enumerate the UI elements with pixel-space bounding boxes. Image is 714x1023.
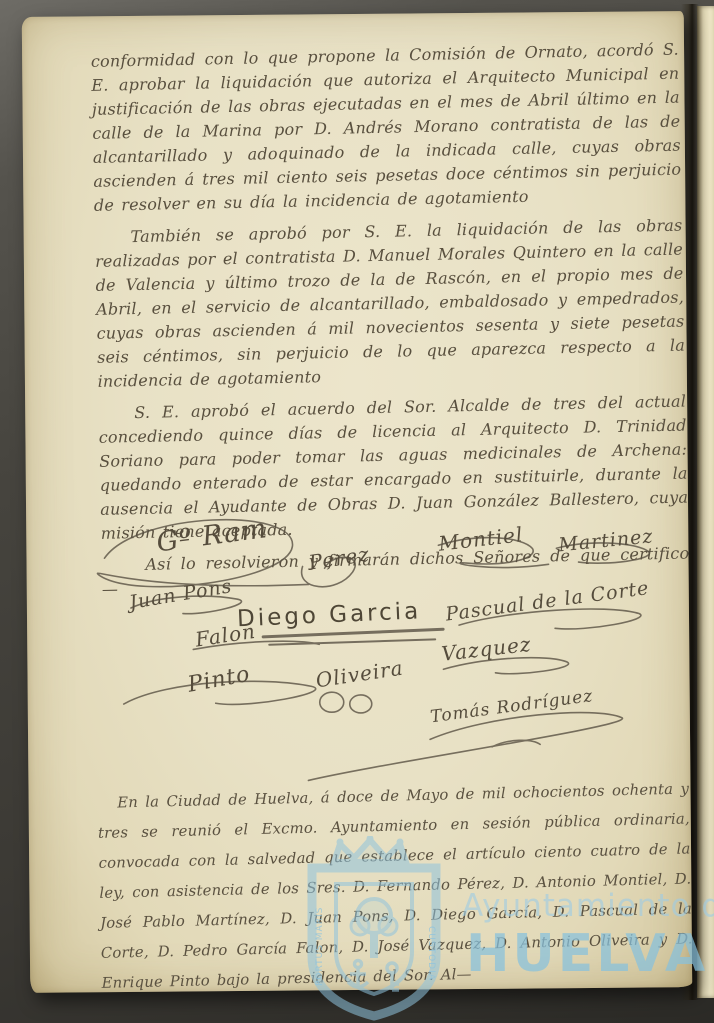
closing-paragraph: En la Ciudad de Huelva, á doce de Mayo d… [97, 774, 694, 998]
next-page-edge [697, 6, 714, 998]
manuscript-paragraph-1: conformidad con lo que propone la Comisi… [91, 38, 682, 218]
manuscript-page: conformidad con lo que propone la Comisi… [22, 11, 692, 993]
manuscript-paragraph-2: También se aprobó por S. E. la liquidaci… [94, 214, 685, 394]
